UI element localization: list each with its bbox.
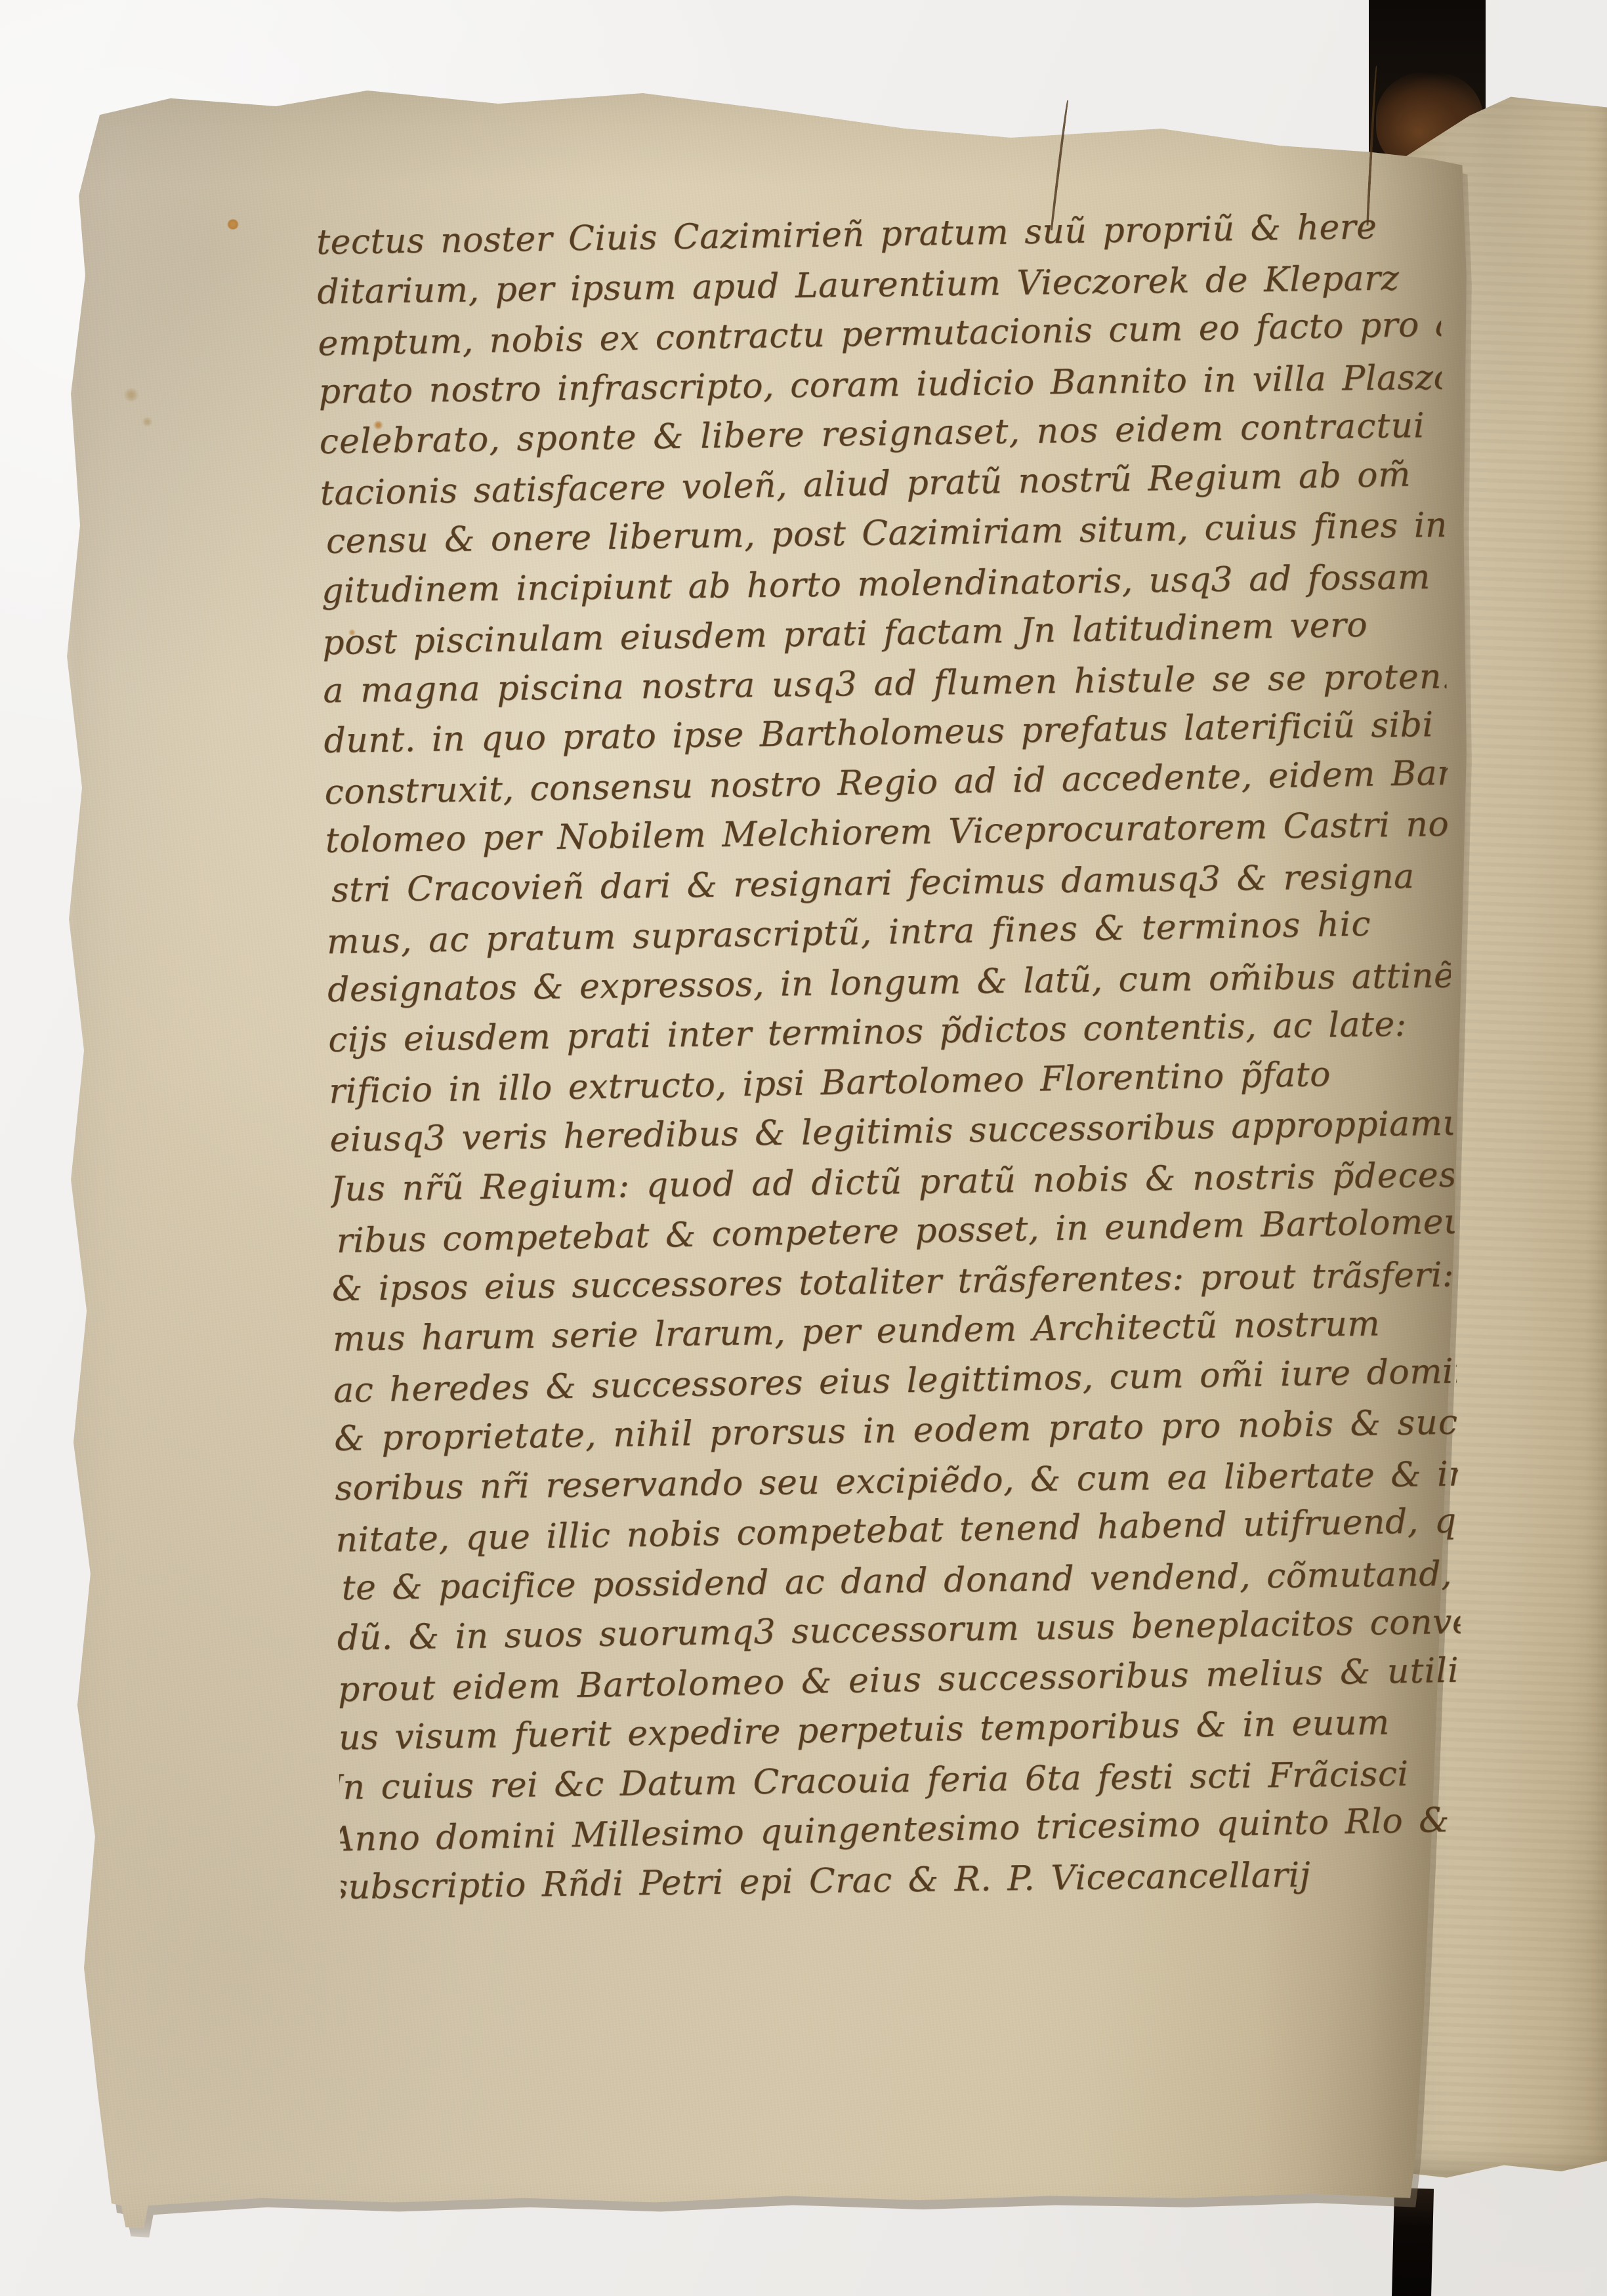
foxing-spot: [142, 417, 153, 426]
manuscript-text-block: tectus noster Ciuis Cazimirieñ pratum su…: [316, 201, 1465, 1913]
rust-stain: [227, 219, 239, 230]
foxing-spot: [123, 388, 139, 401]
